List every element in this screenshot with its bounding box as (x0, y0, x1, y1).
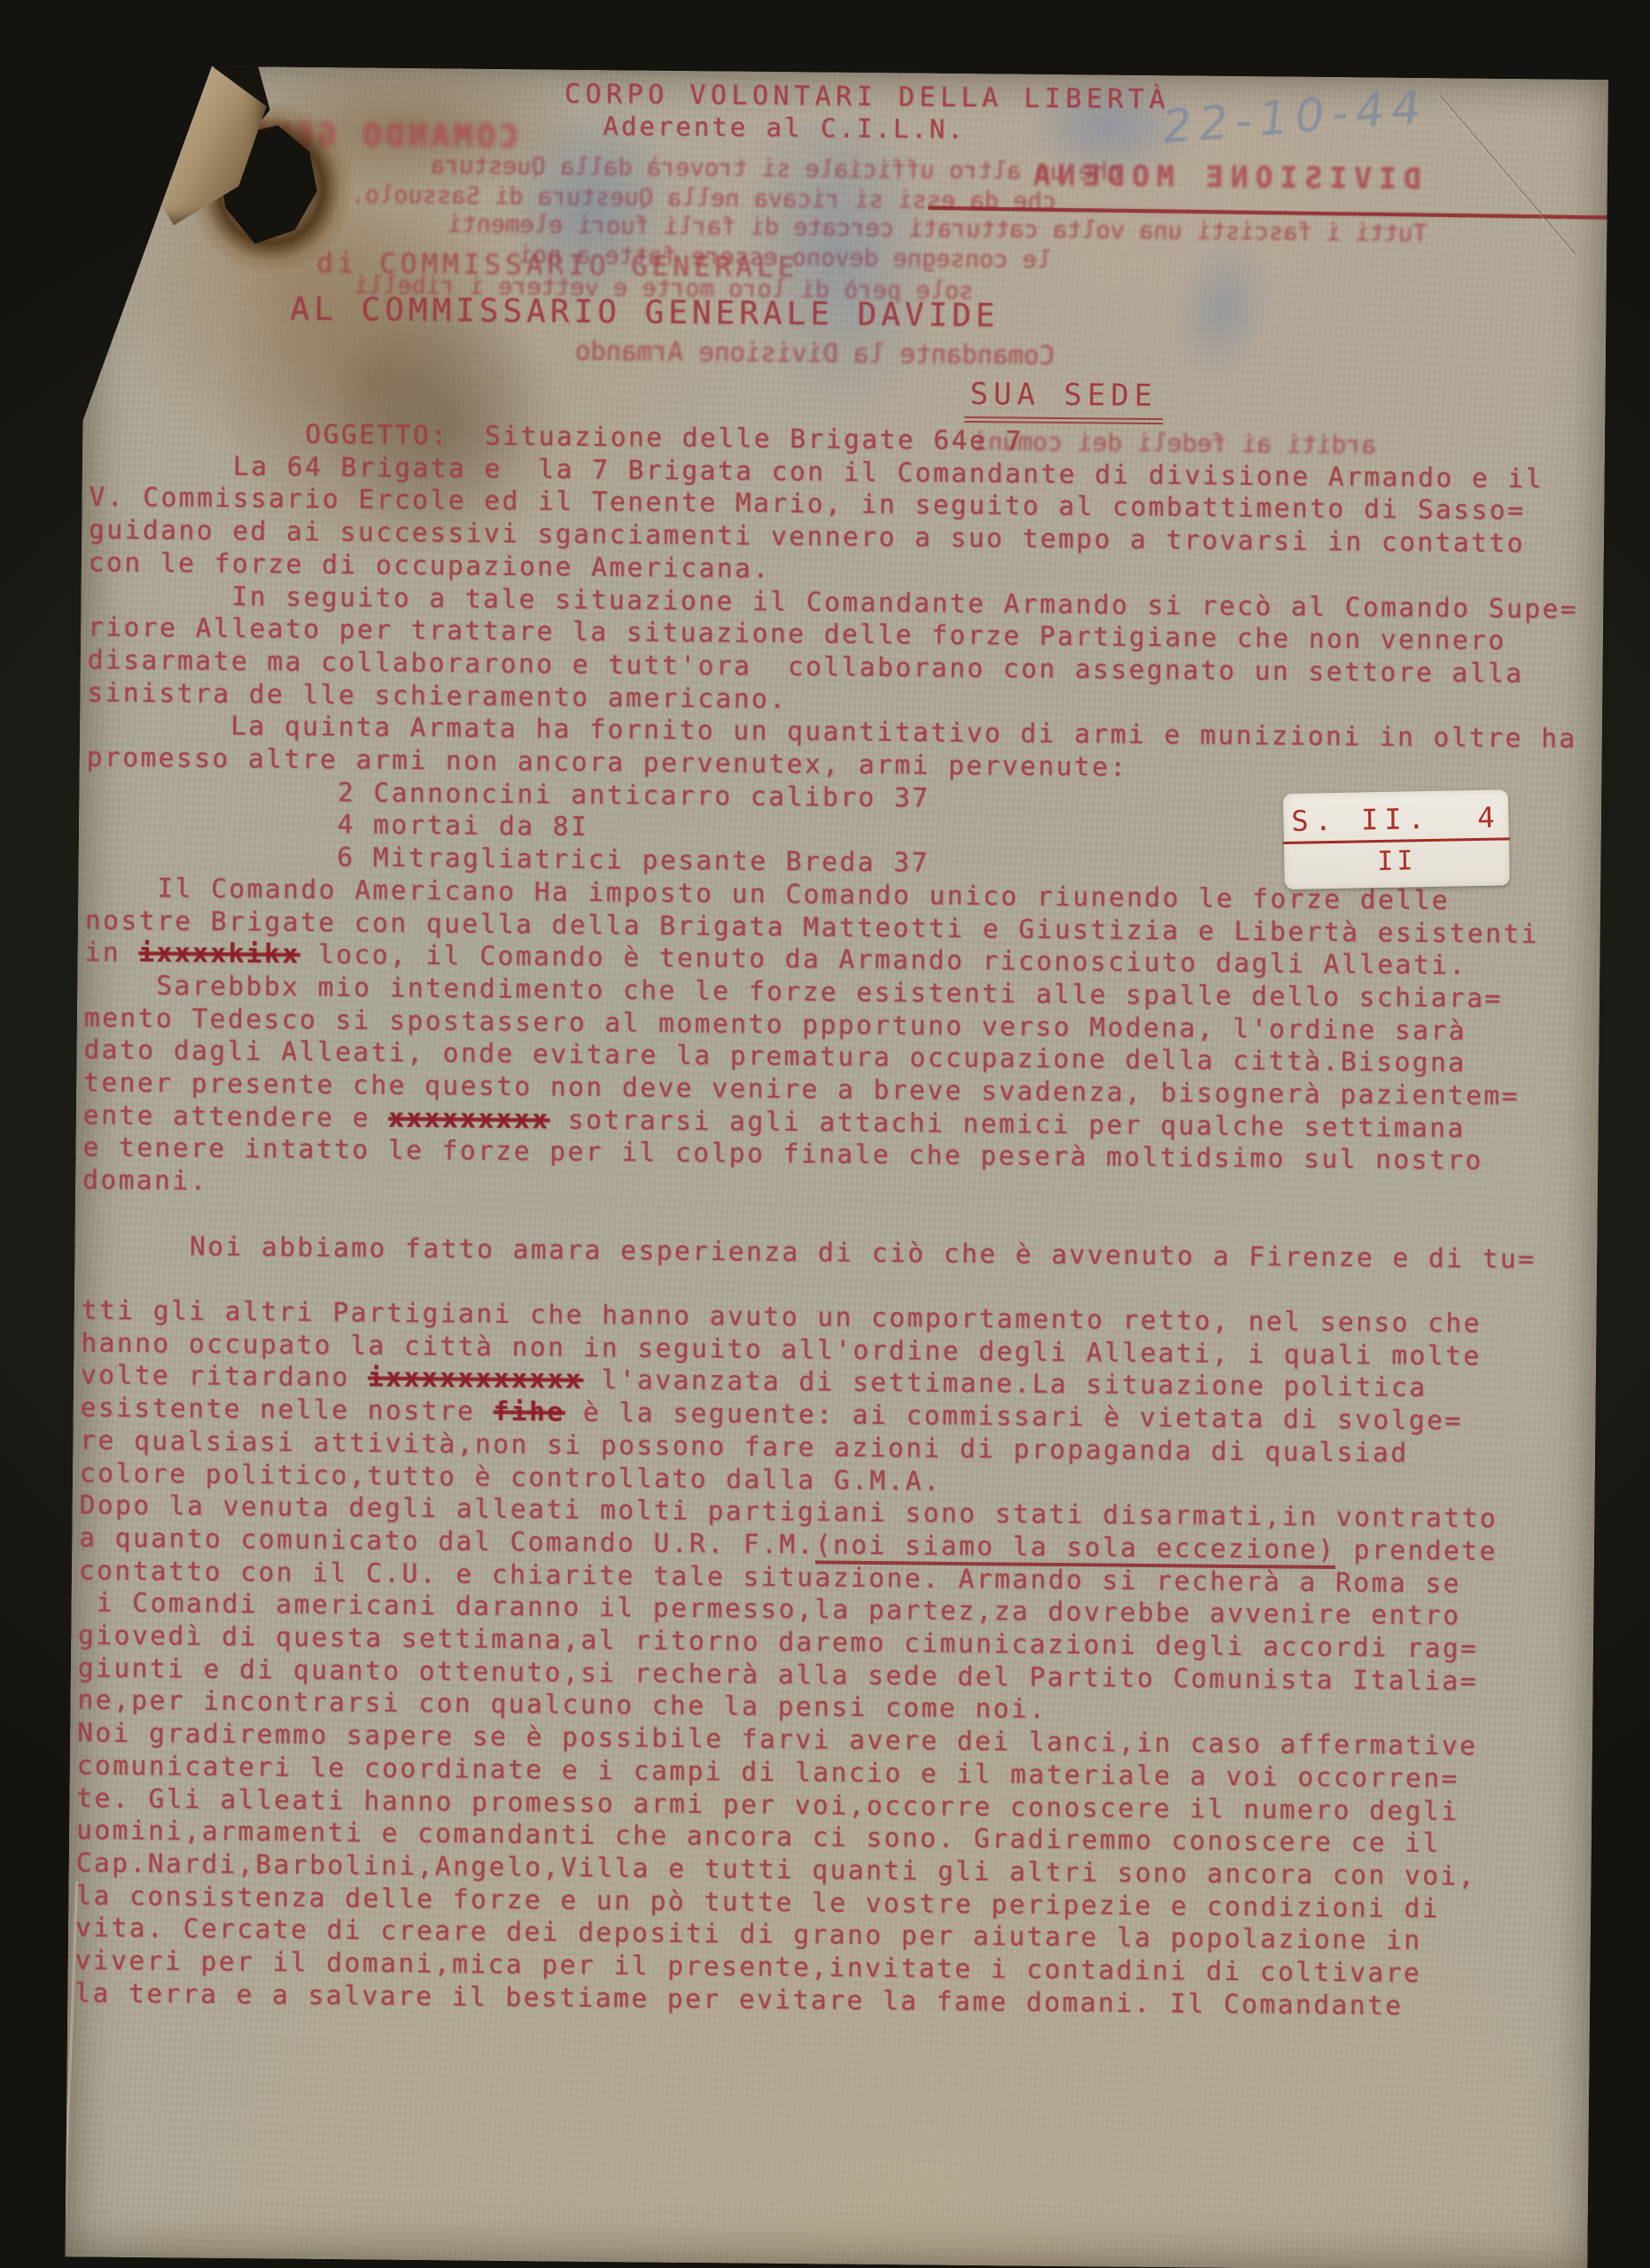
paper-sheet: DIVISIONE MODENACOMANDO GENERALEche un a… (65, 65, 1608, 2268)
archival-label-subcode: II (1377, 845, 1417, 877)
ghost-text: Comandante la Divisione Armando (575, 336, 1055, 370)
ghost-text: che un altro ufficiale si troverà dalla … (431, 151, 1123, 185)
ghost-text: di COMMISSARIO GENERALE (316, 247, 799, 283)
scanned-document-page: { "document": { "header": { "org_line": … (0, 0, 1650, 2268)
archival-label-code: S. II. 4 (1282, 800, 1510, 844)
typed-body: OGGETTO: Situazione delle Brigate 64e 7 … (74, 416, 1601, 2023)
adherence-line: Aderente al C.I.L.N. (603, 111, 966, 144)
recipient-location: SUA SEDE (964, 377, 1163, 424)
organization-title: CORPO VOLONTARI DELLA LIBERTÀ (564, 79, 1171, 116)
archival-label-sticker: S. II. 4 II (1283, 789, 1510, 889)
recipient-line: AL COMMISSARIO GENERALE DAVIDE (290, 291, 1000, 335)
